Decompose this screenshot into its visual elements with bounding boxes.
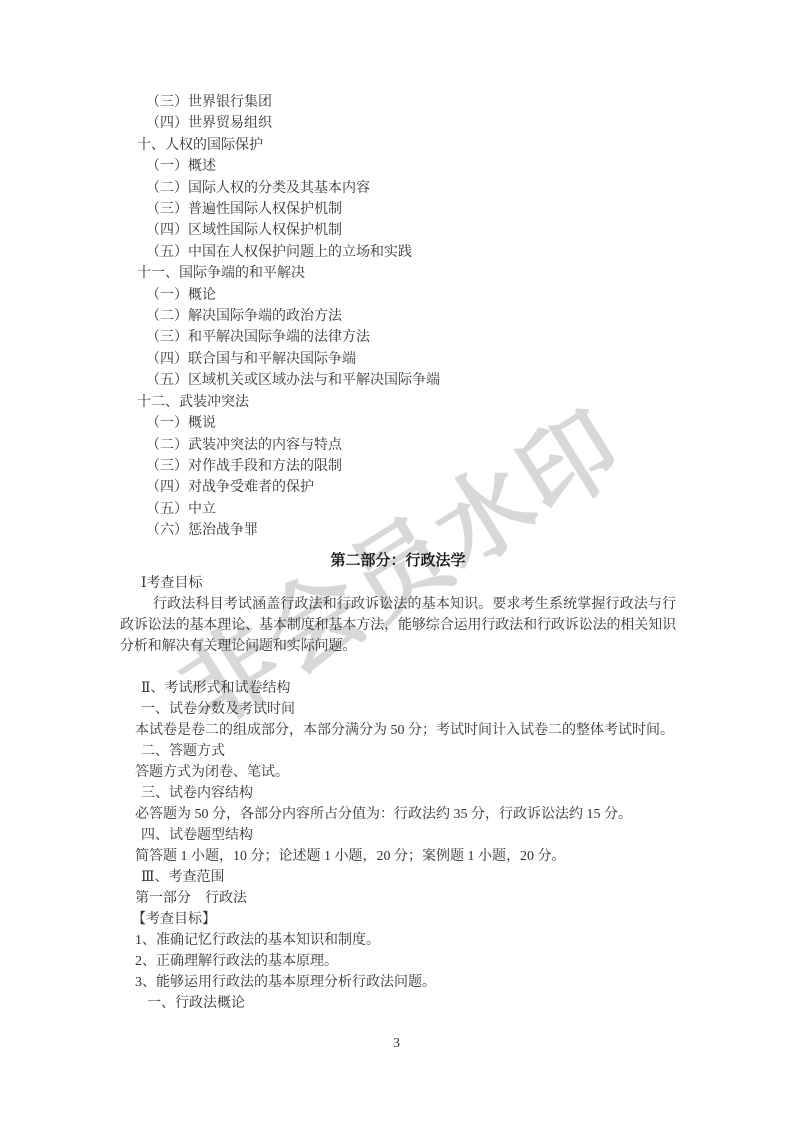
page-number: 3 xyxy=(0,1036,793,1052)
toc-item: （四）世界贸易组织 xyxy=(120,113,676,134)
body-line: 【考查目标】 xyxy=(120,909,676,930)
document-page: 非会员水印 （三）世界银行集团 （四）世界贸易组织 十、人权的国际保护 （一）概… xyxy=(0,0,793,1122)
toc-item: （六）惩治战争罪 xyxy=(120,520,676,541)
toc-item: （四）联合国与和平解决国际争端 xyxy=(120,349,676,370)
toc-item: （三）普遍性国际人权保护机制 xyxy=(120,199,676,220)
body-line: 一、试卷分数及考试时间 xyxy=(120,699,676,720)
section-title: 第二部分：行政法学 xyxy=(120,549,676,573)
toc-item: （三）世界银行集团 xyxy=(120,92,676,113)
toc-item: （一）概论 xyxy=(120,285,676,306)
toc-outline: （三）世界银行集团 （四）世界贸易组织 十、人权的国际保护 （一）概述 （二）国… xyxy=(120,92,676,542)
toc-item: （三）对作战手段和方法的限制 xyxy=(120,456,676,477)
body-line: Ⅱ、考试形式和试卷结构 xyxy=(120,678,676,699)
body-line: 简答题 1 小题，10 分；论述题 1 小题，20 分；案例题 1 小题，20 … xyxy=(120,846,676,867)
toc-section-item: 十一、国际争端的和平解决 xyxy=(120,263,676,284)
body-line: 2、正确理解行政法的基本原理。 xyxy=(120,951,676,972)
toc-item: （三）和平解决国际争端的法律方法 xyxy=(120,327,676,348)
toc-item: （五）中国在人权保护问题上的立场和实践 xyxy=(120,242,676,263)
toc-item: （二）解决国际争端的政治方法 xyxy=(120,306,676,327)
body-line: 答题方式为闭卷、笔试。 xyxy=(120,762,676,783)
body-line: Ⅲ、考查范围 xyxy=(120,867,676,888)
body-line: 二、答题方式 xyxy=(120,741,676,762)
body-line: 第一部分 行政法 xyxy=(120,888,676,909)
body-line: 四、试卷题型结构 xyxy=(120,825,676,846)
toc-item: （四）区域性国际人权保护机制 xyxy=(120,220,676,241)
toc-item: （二）国际人权的分类及其基本内容 xyxy=(120,178,676,199)
body-line: 本试卷是卷二的组成部分，本部分满分为 50 分；考试时间计入试卷二的整体考试时间… xyxy=(120,720,676,741)
toc-section-item: 十、人权的国际保护 xyxy=(120,135,676,156)
toc-section-item: 十二、武装冲突法 xyxy=(120,392,676,413)
toc-item: （一）概述 xyxy=(120,156,676,177)
page-content: （三）世界银行集团 （四）世界贸易组织 十、人权的国际保护 （一）概述 （二）国… xyxy=(0,0,793,1014)
toc-item: （五）区域机关或区域办法与和平解决国际争端 xyxy=(120,370,676,391)
goal-heading: Ⅰ考查目标 xyxy=(120,573,676,594)
body-line: 3、能够运用行政法的基本原理分析行政法问题。 xyxy=(120,972,676,993)
goal-paragraph: 行政法科目考试涵盖行政法和行政诉讼法的基本知识。要求考生系统掌握行政法与行政诉讼… xyxy=(120,594,676,657)
body-line: 必答题为 50 分，各部分内容所占分值为：行政法约 35 分，行政诉讼法约 15… xyxy=(120,804,676,825)
toc-item: （二）武装冲突法的内容与特点 xyxy=(120,435,676,456)
toc-item: （一）概说 xyxy=(120,413,676,434)
toc-item: （四）对战争受难者的保护 xyxy=(120,477,676,498)
toc-item: （五）中立 xyxy=(120,499,676,520)
body-line: 1、准确记忆行政法的基本知识和制度。 xyxy=(120,930,676,951)
body-line: 一、行政法概论 xyxy=(120,993,676,1014)
body-line: 三、试卷内容结构 xyxy=(120,783,676,804)
blank-line xyxy=(120,657,676,678)
